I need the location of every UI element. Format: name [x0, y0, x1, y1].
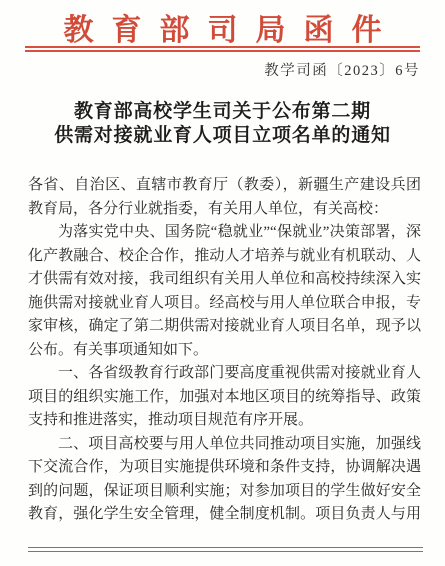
body-line-2: 教育局，各分行业就指委，有关用人单位，有关高校： [28, 198, 421, 222]
body-line-10: 项目的组织实施工作，加强对本地区项目的统筹指导、政策 [28, 386, 421, 410]
notice-title-line1: 教育部高校学生司关于公布第二期 [0, 100, 445, 124]
body-line-9: 一、各省级教育行政部门要高度重视供需对接就业育人 [28, 362, 421, 386]
footer-rule [28, 547, 423, 552]
notice-body: 各省、自治区、直辖市教育厅（教委），新疆生产建设兵团 教育局，各分行业就指委，有… [28, 174, 421, 527]
body-line-3: 为落实党中央、国务院“稳就业”“保就业”决策部署，深 [28, 221, 421, 245]
document-page: 教育部司局函件 教学司函〔2023〕6号 教育部高校学生司关于公布第二期 供需对… [0, 0, 445, 566]
notice-title: 教育部高校学生司关于公布第二期 供需对接就业育人项目立项名单的通知 [0, 100, 445, 148]
body-line-15: 教育，强化学生安全管理，健全制度机制。项目负责人与用 [28, 503, 421, 527]
body-line-13: 下交流合作，为项目实施提供环境和条件支持，协调解决遇 [28, 456, 421, 480]
body-line-5: 才供需有效对接，我司组织有关用人单位和高校持续深入实 [28, 268, 421, 292]
letterhead-title: 教育部司局函件 [0, 5, 445, 49]
body-line-1: 各省、自治区、直辖市教育厅（教委），新疆生产建设兵团 [28, 174, 421, 198]
body-line-7: 家审核，确定了第二期供需对接就业育人项目名单，现予以 [28, 315, 421, 339]
doc-number: 教学司函〔2023〕6号 [264, 59, 420, 80]
letterhead-rule [25, 46, 420, 52]
body-line-4: 化产教融合、校企合作，推动人才培养与就业有机联动、人 [28, 245, 421, 269]
body-line-6: 施供需对接就业育人项目。经高校与用人单位联合申报，专 [28, 292, 421, 316]
body-line-8: 公布。有关事项通知如下。 [28, 339, 421, 363]
body-line-11: 支持和推进落实，推动项目规范有序开展。 [28, 409, 421, 433]
notice-title-line2: 供需对接就业育人项目立项名单的通知 [0, 124, 445, 148]
body-line-14: 到的问题，保证项目顺利实施；对参加项目的学生做好安全 [28, 480, 421, 504]
body-line-12: 二、项目高校要与用人单位共同推动项目实施，加强线 [28, 433, 421, 457]
